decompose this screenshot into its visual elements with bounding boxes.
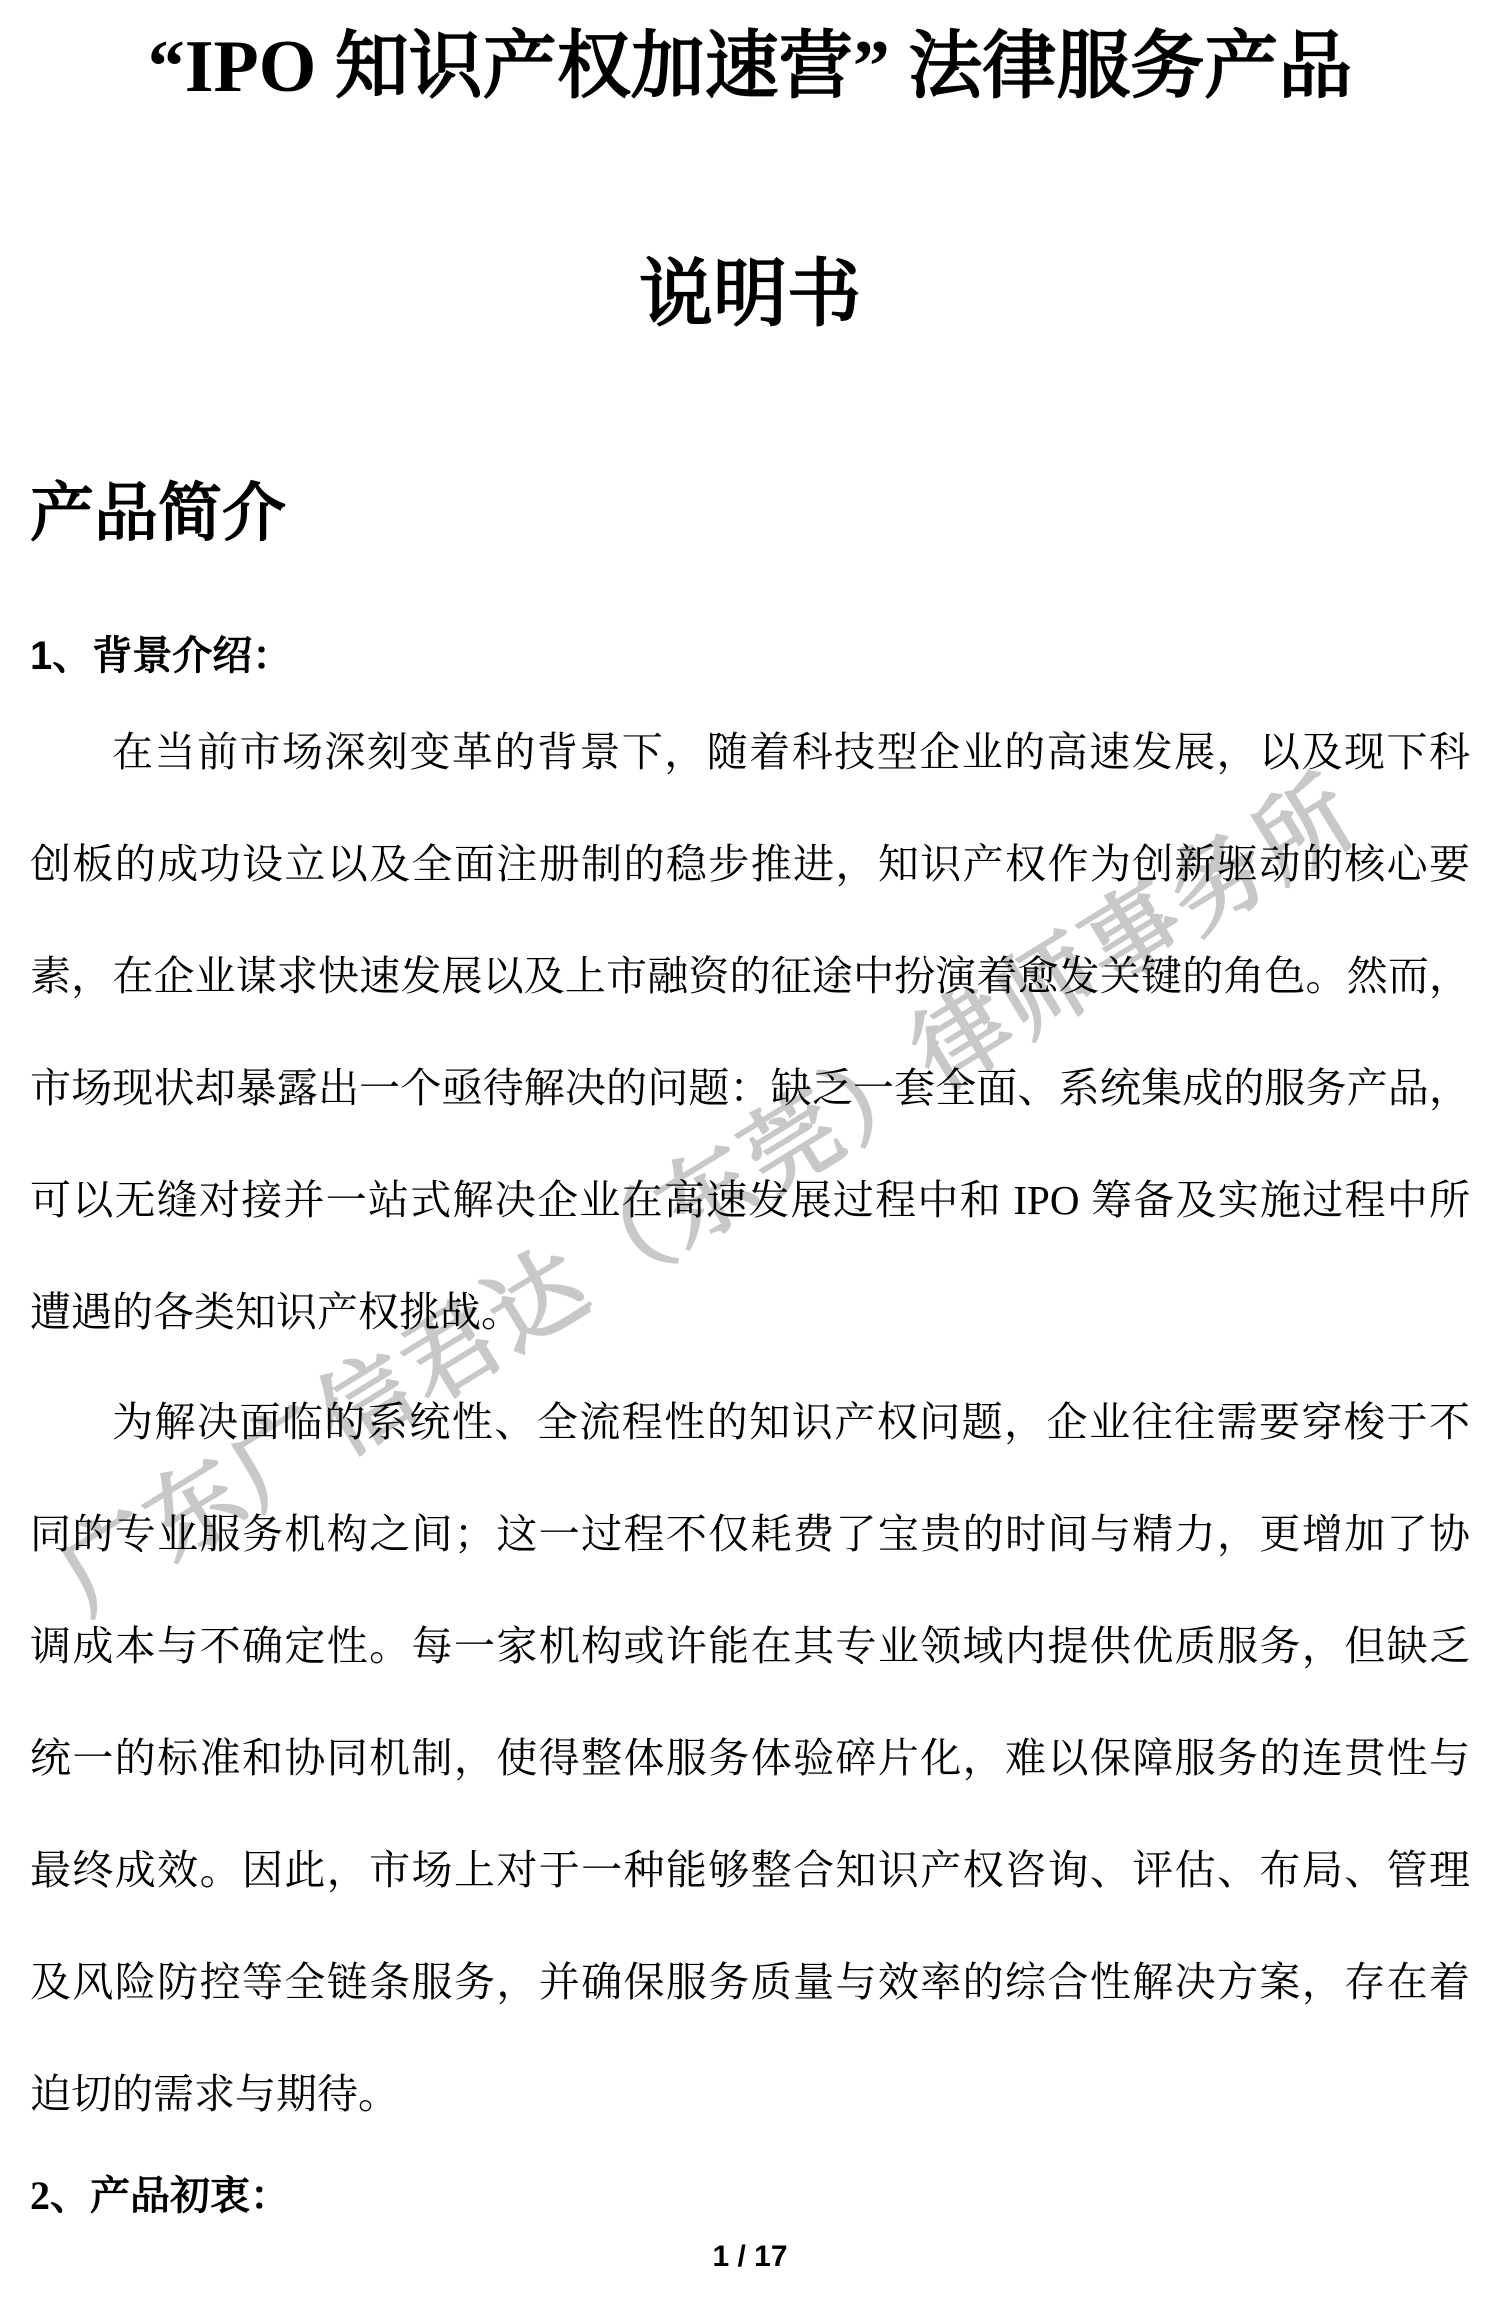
paragraph-line: 最终成效。因此，市场上对于一种能够整合知识产权咨询、评估、布局、管理 — [30, 1848, 1470, 1893]
paragraph-line: 市场现状却暴露出一个亟待解决的问题：缺乏一套全面、系统集成的服务产品， — [30, 1066, 1470, 1111]
paragraph-line: 为解决面临的系统性、全流程性的知识产权问题，企业往往需要穿梭于不 — [30, 1400, 1470, 1445]
document-page: 广东广信君达（东莞）律师事务所 “IPO 知识产权加速营” 法律服务产品 说明书… — [0, 0, 1500, 2322]
paragraph-line: 调成本与不确定性。每一家机构或许能在其专业领域内提供优质服务，但缺乏 — [30, 1624, 1470, 1669]
doc-title-line-2: 说明书 — [0, 258, 1500, 332]
section-heading-product-intro: 产品简介 — [30, 482, 286, 546]
subsection-heading-original-intent: 2、产品初衷： — [30, 2176, 290, 2216]
page-number: 1 / 17 — [0, 2240, 1500, 2274]
paragraph-line: 创板的成功设立以及全面注册制的稳步推进，知识产权作为创新驱动的核心要 — [30, 842, 1470, 887]
paragraph-line: 可以无缝对接并一站式解决企业在高速发展过程中和 IPO 筹备及实施过程中所 — [30, 1178, 1470, 1223]
paragraph-line: 遭遇的各类知识产权挑战。 — [30, 1290, 1470, 1335]
paragraph-line: 迫切的需求与期待。 — [30, 2072, 1470, 2117]
doc-title-line-1: “IPO 知识产权加速营” 法律服务产品 — [0, 30, 1500, 104]
paragraph-line: 在当前市场深刻变革的背景下，随着科技型企业的高速发展，以及现下科 — [30, 730, 1470, 775]
paragraph-line: 同的专业服务机构之间；这一过程不仅耗费了宝贵的时间与精力，更增加了协 — [30, 1512, 1470, 1557]
paragraph-line: 素，在企业谋求快速发展以及上市融资的征途中扮演着愈发关键的角色。然而， — [30, 954, 1470, 999]
paragraph-line: 统一的标准和协同机制，使得整体服务体验碎片化，难以保障服务的连贯性与 — [30, 1736, 1470, 1781]
paragraph-line: 及风险防控等全链条服务，并确保服务质量与效率的综合性解决方案，存在着 — [30, 1960, 1470, 2005]
subsection-heading-background: 1、背景介绍： — [30, 636, 292, 676]
